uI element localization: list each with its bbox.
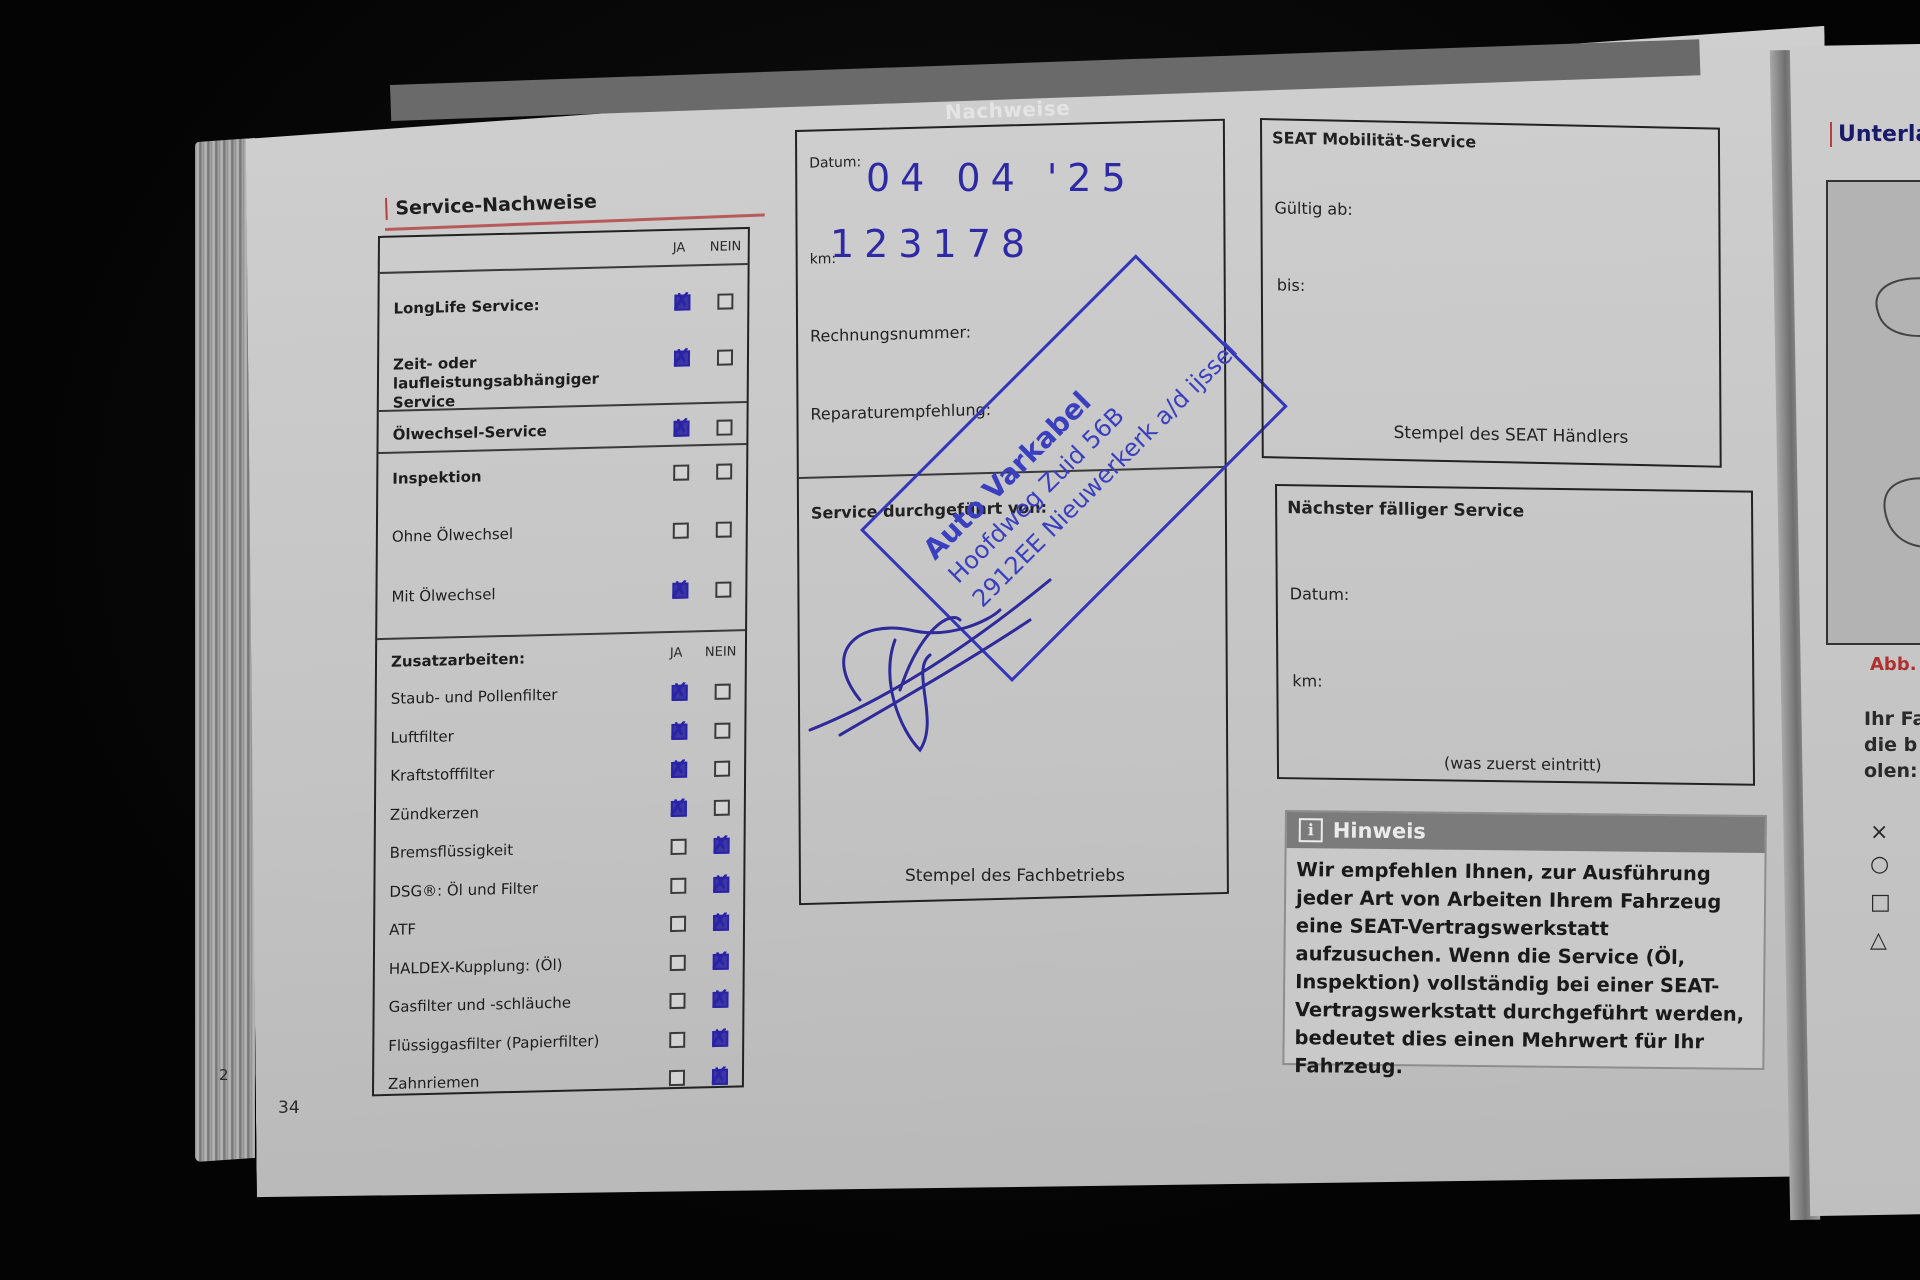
checklist-row: Ohne Ölwechsel [378,519,746,528]
column-header-nein: NEIN [705,644,737,660]
repair-recommendation-label: Reparaturempfehlung: [810,400,991,424]
mobility-title: SEAT Mobilität-Service [1272,128,1476,151]
checkbox-ja[interactable] [672,685,688,701]
checklist-row-label: Gasfilter und -schläuche [389,992,639,1017]
hint-title: Hinweis [1333,819,1426,844]
next-service-box: Nächster fälliger Service Datum: km: (wa… [1275,484,1755,786]
column-header-ja: JA [673,240,686,255]
checklist-row-label: Staub- und Pollenfilter [391,684,641,709]
checklist-row-label: Ölwechsel-Service [393,420,643,445]
checklist-row: Kraftstofffilter [376,758,744,767]
checklist-row: HALDEX-Kupplung: (Öl) [375,951,743,960]
checklist-row: Inspektion [378,461,746,470]
figure-caption-fragment: Abb. [1870,654,1917,675]
checklist-row-label: Luftfilter [390,722,640,747]
hint-header: i Hinweis [1287,812,1765,853]
right-page-figure [1826,180,1920,645]
checkbox-nein[interactable] [715,581,731,597]
row-divider [380,263,748,274]
checkbox-nein[interactable] [715,684,731,700]
checkbox-nein[interactable] [712,1069,728,1085]
booklet-page-edges [195,138,255,1162]
checklist-row: Ölwechsel-Service [379,417,747,426]
checkbox-nein[interactable] [717,293,733,309]
circle-symbol-icon: ○ [1870,852,1889,877]
checkbox-ja[interactable] [674,294,690,310]
checklist-row-label: Inspektion [392,464,642,489]
checkbox-ja[interactable] [672,583,688,599]
checklist-row: Bremsflüssigkeit [376,835,744,844]
right-page-text-fragment: Ihr Fa die b olen: [1864,706,1920,784]
checkbox-nein[interactable] [714,761,730,777]
next-date-label: Datum: [1290,584,1350,604]
page-number: 34 [278,1098,300,1118]
checkbox-nein[interactable] [714,722,730,738]
checkbox-ja[interactable] [669,993,685,1009]
row-divider [377,629,745,640]
valid-to-label: bis: [1277,275,1305,295]
checklist-row-label: ATF [389,915,639,940]
checklist-row: Staub- und Pollenfilter [377,681,745,690]
checkbox-ja[interactable] [674,350,690,366]
dealer-stamp-caption: Stempel des SEAT Händlers [1394,423,1629,448]
square-symbol-icon: □ [1870,890,1891,915]
valid-from-label: Gültig ab: [1274,198,1352,219]
next-service-title: Nächster fälliger Service [1287,498,1524,521]
checkbox-ja[interactable] [670,954,686,970]
checklist-row-label: Bremsflüssigkeit [390,838,640,863]
column-header-nein: NEIN [710,239,742,255]
checklist-row-label: Flüssiggasfilter (Papierfilter) [388,1030,638,1055]
handwritten-km: 123178 [830,222,1035,266]
mobility-service-box: SEAT Mobilität-Service Gültig ab: bis: S… [1260,118,1722,468]
checkbox-ja[interactable] [671,762,687,778]
car-seat-illustration-icon [1828,182,1920,647]
checkbox-ja[interactable] [671,800,687,816]
checkbox-nein[interactable] [713,876,729,892]
checkbox-ja[interactable] [671,723,687,739]
checkbox-ja[interactable] [670,916,686,932]
checkbox-ja[interactable] [673,464,689,480]
column-header-ja: JA [670,646,683,661]
checklist-row: Mit Ölwechsel [378,579,746,588]
invoice-number-label: Rechnungsnummer: [810,322,971,345]
checkbox-ja[interactable] [673,420,689,436]
checklist-row: Zündkerzen [376,797,744,806]
extras-heading: Zusatzarbeiten: [391,647,641,672]
checkbox-nein[interactable] [716,419,732,435]
previous-page-number-fragment: 2 [219,1066,229,1084]
service-checklist: JA NEIN LongLife Service:Zeit- oder lauf… [372,227,750,1096]
checkbox-ja[interactable] [673,522,689,538]
checklist-row: ATF [375,912,743,921]
checklist-row-label: Zahnriemen [388,1069,638,1094]
date-label: Datum: [809,154,861,171]
cross-symbol-icon: × [1870,820,1888,845]
next-km-label: km: [1292,671,1322,690]
handwritten-date: 04 04 '25 [866,156,1136,200]
checklist-row-label: Mit Ölwechsel [391,582,641,607]
signature [800,560,1060,760]
checkbox-nein[interactable] [712,992,728,1008]
checkbox-ja[interactable] [671,839,687,855]
checklist-row-label: Zeit- oder laufleistungsabhängiger Servi… [393,350,643,413]
checkbox-nein[interactable] [714,838,730,854]
page-header-title: Nachweise [945,96,1071,124]
checkbox-nein[interactable] [712,1030,728,1046]
extras-header-row: Zusatzarbeiten:JANEIN [377,644,745,653]
checklist-row-label: HALDEX-Kupplung: (Öl) [389,953,639,978]
checklist-row: Flüssiggasfilter (Papierfilter) [374,1028,742,1037]
checklist-row-label: LongLife Service: [393,294,643,319]
checklist-row: Zeit- oder laufleistungsabhängiger Servi… [379,347,747,356]
hint-body: Wir empfehlen Ihnen, zur Ausführung jede… [1284,848,1764,1093]
checkbox-nein[interactable] [713,915,729,931]
checklist-row-label: Kraftstofffilter [390,761,640,786]
checkbox-ja[interactable] [670,877,686,893]
checklist-row-label: DSG®: Öl und Filter [389,876,639,901]
checklist-row: Luftfilter [377,720,745,729]
checklist-row-label: Zündkerzen [390,799,640,824]
checkbox-ja[interactable] [669,1031,685,1047]
checkbox-ja[interactable] [669,1070,685,1086]
checkbox-nein[interactable] [714,799,730,815]
whichever-first-note: (was zuerst eintritt) [1444,753,1602,774]
row-divider [378,443,746,454]
hint-box: i Hinweis Wir empfehlen Ihnen, zur Ausfü… [1282,810,1767,1070]
checklist-row-label: Ohne Ölwechsel [392,522,642,547]
checkbox-nein[interactable] [717,349,733,365]
checklist-row: Gasfilter und -schläuche [375,989,743,998]
checklist-row: DSG®: Öl und Filter [375,874,743,883]
right-page-title: Unterla [1830,122,1920,147]
checkbox-nein[interactable] [716,521,732,537]
checkbox-nein[interactable] [713,953,729,969]
checklist-row: LongLife Service: [380,291,748,300]
workshop-stamp-caption: Stempel des Fachbetriebs [905,866,1125,886]
checkbox-nein[interactable] [716,463,732,479]
triangle-symbol-icon: △ [1870,928,1887,953]
checklist-row: Zahnriemen [374,1066,742,1075]
info-icon: i [1299,818,1323,842]
